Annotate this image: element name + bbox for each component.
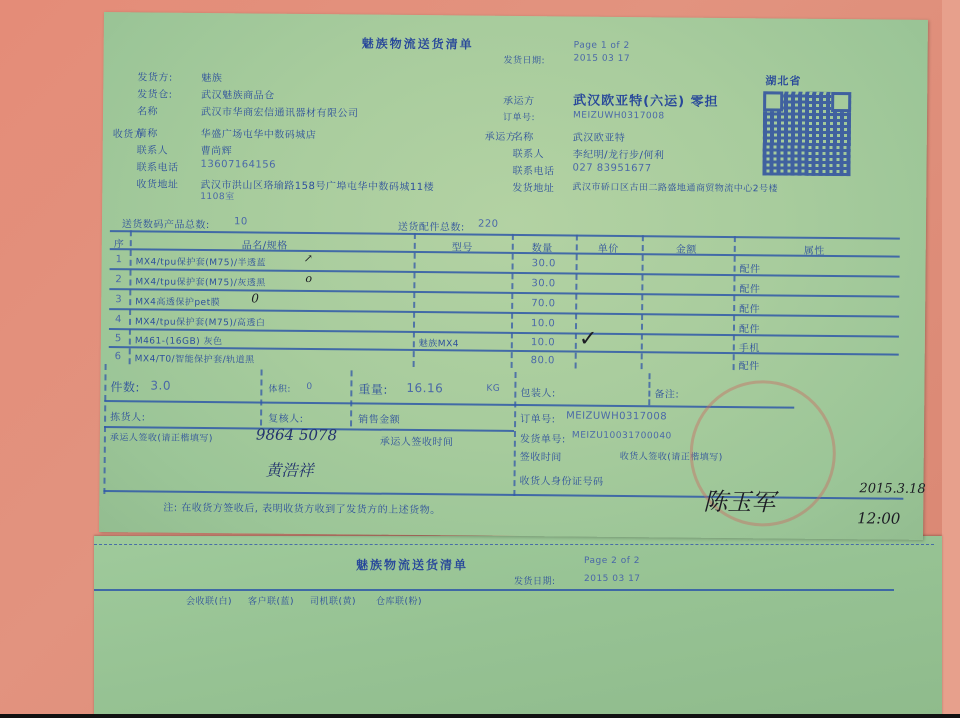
copy-label-1: 会收联(白) (186, 594, 232, 607)
pieces-label: 件数: (110, 378, 140, 395)
volume-value: 0 (306, 382, 312, 392)
table-col-divider (575, 235, 578, 369)
order-no-value: MEIZUWH0317008 (566, 410, 667, 422)
table-rule-top (110, 230, 900, 240)
weight-unit: KG (486, 384, 500, 394)
weight-value: 16.16 (406, 381, 443, 395)
table-col-divider (413, 233, 416, 367)
row6-type: 配件 (739, 357, 760, 372)
ship-no-value: MEIZU10031700040 (572, 431, 672, 442)
carrier-phone-label: 联系电话 (512, 162, 554, 177)
row6-no: 6 (115, 351, 122, 362)
row5-no: 5 (115, 333, 122, 344)
province-label: 湖北省 (765, 72, 801, 88)
carrier-contact-label: 联系人 (513, 145, 545, 160)
receipt-note: 注: 在收货方签收后, 表明收货方收到了发货方的上述货物。 (163, 499, 441, 517)
carrier-order-value: MEIZUWH0317008 (573, 111, 665, 122)
table-rule (109, 288, 899, 298)
row1-qty: 30.0 (532, 258, 556, 269)
handwritten-sign-time: 12:00 (857, 509, 900, 527)
products-total-value: 10 (234, 216, 248, 227)
carrier-name-value: 武汉欧亚特 (573, 129, 626, 145)
delivery-sheet-page-2: 魅族物流送货清单 Page 2 of 2 发货日期: 2015 03 17 会收… (94, 536, 942, 718)
checker-label: 复核人: (268, 410, 304, 425)
shipper-label: 发货方: (137, 68, 173, 83)
page2-ship-date: 2015 03 17 (584, 574, 641, 584)
picker-label: 拣货人: (110, 408, 146, 423)
qr-code (762, 91, 851, 176)
row2-type: 配件 (739, 280, 760, 295)
row4-qty: 10.0 (531, 318, 555, 329)
packer-label: 包装人: (520, 384, 556, 399)
check-mark: ✓ (579, 327, 598, 352)
volume-label: 体积: (268, 382, 291, 395)
carrier-order-label: 订单号: (503, 110, 535, 123)
carrier-label: 承运方 (503, 92, 535, 107)
row1-name: MX4/tpu保护套(M75)/半透蓝 (136, 254, 267, 268)
row1-no: 1 (116, 254, 123, 265)
handwritten-carrier-name: 黄浩祥 (266, 458, 314, 481)
row3-name: MX4高透保护pet膜 (135, 294, 220, 308)
row4-no: 4 (115, 314, 122, 325)
page2-rule (94, 589, 894, 591)
sales-amount-label: 销售金额 (358, 410, 400, 425)
page1-ship-date-label: 发货日期: (504, 53, 546, 66)
page1-ship-date: 2015 03 17 (574, 54, 631, 65)
footer-divider (260, 370, 263, 426)
remark-label: 备注: (654, 385, 679, 400)
footer-divider (648, 373, 650, 405)
carrier-side-label: 承运方 (485, 128, 517, 143)
row5-model: 魅族MX4 (419, 336, 459, 349)
col-header-type: 属性 (804, 242, 825, 257)
handwritten-receiver-signature: 陈玉军 (703, 482, 775, 518)
page2-ship-date-label: 发货日期: (514, 574, 556, 587)
footer-divider (513, 372, 516, 496)
row3-qty: 70.0 (531, 298, 555, 309)
carrier-contact-value: 李纪明/龙行步/何利 (573, 146, 665, 162)
carrier-sign-time-label: 承运人签收时间 (380, 433, 454, 449)
receiver-contact-value: 曹尚辉 (201, 142, 233, 157)
receiver-address-line2: 1108室 (200, 189, 235, 202)
photo-bottom-edge (0, 714, 960, 718)
col-header-qty: 数量 (532, 239, 553, 254)
handwritten-carrier-code: 9864 5078 (256, 425, 337, 444)
footer-rule (104, 400, 794, 409)
weight-label: 重量: (358, 380, 388, 397)
table-col-divider (641, 235, 644, 369)
row3-type: 配件 (739, 300, 760, 315)
row5-name: M461-(16GB) 灰色 (135, 333, 223, 347)
carrier-address-value: 武汉市硚口区古田二路盛地通商贸物流中心2号楼 (572, 180, 778, 195)
handwritten-sign-date: 2015.3.18 (859, 481, 925, 497)
receiver-contact-label: 联系人 (137, 141, 169, 156)
pieces-value: 3.0 (150, 378, 171, 392)
carrier-value: 武汉欧亚特(六运) 零担 (573, 90, 719, 110)
receiver-name-label: 简称 (137, 124, 158, 139)
row3-handwritten-mark: 0 (251, 291, 259, 305)
row2-qty: 30.0 (531, 278, 555, 289)
col-header-model: 型号 (452, 238, 473, 253)
page1-title: 魅族物流送货清单 (362, 34, 474, 52)
col-header-no: 序 (114, 235, 125, 250)
row5-type: 手机 (739, 339, 760, 354)
page2-title: 魅族物流送货清单 (356, 556, 468, 573)
table-col-divider (129, 230, 132, 364)
order-no-label: 订单号: (520, 410, 556, 425)
receiver-address-label: 收货地址 (136, 175, 178, 190)
background-surface (942, 0, 960, 718)
ship-no-label: 发货单号: (520, 430, 566, 445)
shipper-value: 魅族 (201, 69, 222, 84)
receiver-address-line1: 武汉市洪山区珞瑜路158号广埠屯华中数码城11楼 (200, 176, 434, 193)
receiver-phone-value: 13607164156 (200, 159, 276, 171)
accessories-total-label: 送货配件总数: (398, 218, 465, 234)
col-header-amount: 金额 (676, 240, 697, 255)
sender-name-value: 武汉市华商宏信通讯器材有限公司 (201, 103, 359, 120)
row6-qty: 80.0 (531, 355, 555, 366)
products-total-label: 送货数码产品总数: (122, 215, 210, 231)
footer-divider (103, 364, 106, 494)
col-header-price: 单价 (598, 240, 619, 255)
row1-type: 配件 (740, 260, 761, 275)
perforation-line (94, 544, 934, 546)
table-col-divider (733, 236, 736, 370)
row4-type: 配件 (739, 320, 760, 335)
page2-page-label: Page 2 of 2 (584, 556, 640, 566)
row5-qty: 10.0 (531, 337, 555, 348)
col-header-name: 品名/规格 (242, 236, 288, 251)
carrier-phone-value: 027 83951677 (572, 163, 651, 175)
row2-handwritten-mark: o (305, 272, 312, 285)
copy-label-2: 客户联(蓝) (248, 594, 294, 607)
row2-no: 2 (115, 274, 122, 285)
warehouse-label: 发货仓: (137, 85, 173, 100)
copy-label-3: 司机联(黄) (310, 594, 356, 607)
receiver-phone-label: 联系电话 (136, 158, 178, 173)
row2-name: MX4/tpu保护套(M75)/灰透黑 (135, 274, 266, 288)
table-col-divider (511, 234, 514, 368)
sender-name-label: 名称 (137, 102, 158, 117)
table-rule (109, 328, 899, 338)
accessories-total-value: 220 (478, 219, 499, 230)
warehouse-value: 武汉魅族商品仓 (201, 86, 275, 102)
carrier-address-label: 发货地址 (512, 179, 554, 194)
page1-page-label: Page 1 of 2 (574, 41, 630, 52)
row1-handwritten-mark: ↗ (304, 252, 313, 265)
footer-divider (350, 370, 353, 426)
sign-time-label: 签收时间 (520, 448, 562, 463)
delivery-sheet-page-1: 魅族物流送货清单 Page 1 of 2 发货日期: 2015 03 17 湖北… (99, 12, 928, 540)
copy-label-4: 仓库联(粉) (376, 594, 422, 607)
carrier-sign-label: 承运人签收(请正楷填写) (110, 430, 213, 444)
row6-name: MX4/T0/智能保护套/轨道黑 (135, 351, 255, 365)
receiver-name-value: 华盛广场屯华中数码城店 (201, 125, 317, 141)
row3-no: 3 (115, 294, 122, 305)
receiver-id-label: 收货人身份证号码 (519, 472, 603, 488)
row4-name: MX4/tpu保护套(M75)/高透白 (135, 314, 266, 328)
carrier-name-label: 名称 (513, 128, 534, 143)
